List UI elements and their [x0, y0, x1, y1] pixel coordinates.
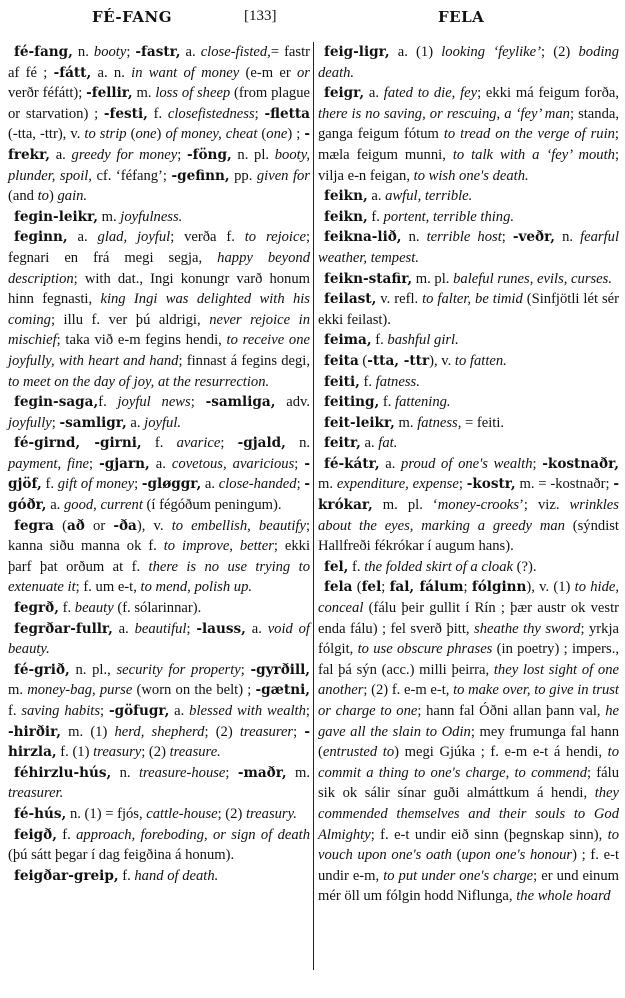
- entry-text: ;: [89, 456, 99, 472]
- dictionary-entry: fé-hús, n. (1) = fjós, cattle-house; (2)…: [8, 804, 310, 825]
- entry-text: ;: [134, 476, 142, 492]
- headword: fólginn: [472, 579, 527, 595]
- entry-text: ; ekki má feigum forða,: [477, 85, 619, 101]
- definition-text: to strip: [84, 126, 126, 142]
- entry-text: ), v.: [429, 353, 455, 369]
- entry-text: a. (1): [390, 44, 442, 60]
- headword: -föng,: [187, 147, 232, 163]
- definition-text: upon one's honour: [462, 847, 573, 863]
- headword: -maðr,: [238, 765, 287, 781]
- definition-text: to embellish, beautify: [172, 518, 306, 534]
- entry-text: f.: [368, 209, 384, 225]
- headword: feikna-lið,: [324, 229, 402, 245]
- entry-text: a.: [361, 435, 378, 451]
- definition-text: booty: [94, 44, 126, 60]
- entry-text: f.: [142, 435, 177, 451]
- entry-text: ; taka við e-m fegins hendi,: [57, 332, 227, 348]
- definition-text: to fatten.: [455, 353, 507, 369]
- entry-text: m.: [133, 85, 156, 101]
- definition-text: money-bag, purse: [27, 682, 132, 698]
- definition-text: money-crooks: [438, 497, 519, 513]
- definition-text: to use obscure phrases: [358, 641, 493, 657]
- entry-text: a.: [181, 44, 201, 60]
- headword: feiting,: [324, 394, 379, 410]
- headword: feikn,: [324, 188, 368, 204]
- entry-text: (: [352, 579, 361, 595]
- entry-text: ; f. e-t undir eið sinn (þegnskap sinn),: [371, 827, 608, 843]
- headword: -hirðir,: [8, 724, 61, 740]
- entry-text: = feiti.: [461, 415, 504, 431]
- column-divider: [313, 42, 314, 970]
- dictionary-entry: feitr, a. fat.: [318, 433, 619, 454]
- entry-text: ;: [241, 662, 251, 678]
- headword: -gyrðill,: [251, 662, 311, 678]
- definition-text: bashful girl.: [387, 332, 458, 348]
- entry-text: or: [85, 518, 113, 534]
- entry-text: (: [54, 518, 67, 534]
- entry-text: n. pl.: [232, 147, 275, 163]
- headword: feiti,: [324, 374, 360, 390]
- entry-text: ;: [459, 476, 467, 492]
- entry-text: a.: [50, 147, 72, 163]
- entry-text: ;: [306, 703, 310, 719]
- dictionary-entry: feima, f. bashful girl.: [318, 330, 619, 351]
- definition-text: blessed with wealth: [189, 703, 306, 719]
- definition-text: to wish one's death.: [414, 168, 529, 184]
- headword: -fastr,: [135, 44, 180, 60]
- headword: fegin-leikr,: [14, 209, 98, 225]
- entry-text: ; verða f.: [170, 229, 245, 245]
- entry-text: (-tta, -ttr), v.: [8, 126, 84, 142]
- entry-text: (?).: [513, 559, 537, 575]
- definition-text: approach, foreboding, or sign of death: [76, 827, 310, 843]
- definition-text: to talk with a ‘fey’ mouth: [453, 147, 615, 163]
- dictionary-entry: feilast, v. refl. to falter, be timid (S…: [318, 289, 619, 330]
- dictionary-entry: fegin-leikr, m. joyfulness.: [8, 207, 310, 228]
- definition-text: of money, cheat: [165, 126, 257, 142]
- definition-text: fattening.: [395, 394, 451, 410]
- definition-text: gain.: [57, 188, 87, 204]
- headword: fel,: [324, 559, 348, 575]
- headword: -veðr,: [513, 229, 555, 245]
- entry-text: a. n.: [91, 65, 131, 81]
- dictionary-entry: fegrðar-fullr, a. beautiful; -lauss, a. …: [8, 619, 310, 660]
- dictionary-entry: fé-girnd, -girni, f. avarice; -gjald, n.…: [8, 433, 310, 515]
- definition-text: or: [297, 65, 310, 81]
- entry-text: a.: [368, 188, 385, 204]
- entry-text: m. (1): [61, 724, 115, 740]
- entry-text: f.: [59, 600, 75, 616]
- dictionary-entry: fegin-saga,f. joyful news; -samliga, adv…: [8, 392, 310, 433]
- definition-text: beautiful: [135, 621, 187, 637]
- entry-text: ), v.: [137, 518, 172, 534]
- entry-text: ; illu f. ver þú aldrigi,: [51, 312, 209, 328]
- entry-text: ;: [502, 229, 513, 245]
- entry-text: ’; viz.: [519, 497, 569, 513]
- dictionary-entry: feigðar-greip, f. hand of death.: [8, 866, 310, 887]
- headword: fegrðar-fullr,: [14, 621, 113, 637]
- entry-text: f.: [98, 394, 117, 410]
- dictionary-entry: feiti, f. fatness.: [318, 372, 619, 393]
- dictionary-entry: feikn-stafir, m. pl. baleful runes, evil…: [318, 269, 619, 290]
- entry-text: a.: [47, 497, 64, 513]
- entry-text: ;: [381, 579, 389, 595]
- definition-text: terrible host: [427, 229, 502, 245]
- headword: -gjald,: [238, 435, 286, 451]
- headword: -samliga,: [206, 394, 276, 410]
- definition-text: the folded skirt of a cloak: [364, 559, 513, 575]
- entry-text: ; (2): [218, 806, 246, 822]
- page-number: [133]: [244, 8, 277, 25]
- entry-text: (e-m er: [239, 65, 297, 81]
- definition-text: joyfully: [8, 415, 52, 431]
- definition-text: beauty: [75, 600, 114, 616]
- definition-text: there is no saving, or rescuing, a ‘fey’…: [318, 106, 570, 122]
- dictionary-entry: feikna-lið, n. terrible host; -veðr, n. …: [318, 227, 619, 268]
- entry-text: a.: [169, 703, 189, 719]
- headword: feit-leikr,: [324, 415, 395, 431]
- entry-text: f. (1): [57, 744, 93, 760]
- right-column: feig-ligr, a. (1) looking ‘feylike’; (2)…: [318, 42, 619, 907]
- entry-text: a.: [127, 415, 144, 431]
- headword: fé-kátr,: [324, 456, 380, 472]
- definition-text: gift of money: [58, 476, 134, 492]
- entry-text: a.: [113, 621, 135, 637]
- entry-text: (: [257, 126, 266, 142]
- entry-text: a.: [246, 621, 268, 637]
- entry-text: ;: [220, 435, 237, 451]
- entry-text: f.: [42, 476, 58, 492]
- right-guide-word: FELA: [438, 8, 484, 26]
- entry-text: n.: [111, 765, 139, 781]
- headword: fegrð,: [14, 600, 59, 616]
- definition-text: in want of money: [131, 65, 239, 81]
- definition-text: hand of death.: [134, 868, 218, 884]
- entry-text: ;: [464, 579, 472, 595]
- definition-text: looking ‘feylike’: [441, 44, 541, 60]
- entry-text: ;: [177, 147, 187, 163]
- definition-text: given for: [257, 168, 310, 184]
- definition-text: to improve, better: [164, 538, 274, 554]
- dictionary-entry: fela (fel; fal, fálum; fólginn), v. (1) …: [318, 577, 619, 907]
- dictionary-entry: feikn, a. awful, terrible.: [318, 186, 619, 207]
- definition-text: cattle-house: [146, 806, 217, 822]
- definition-text: treasure-house: [139, 765, 225, 781]
- entry-text: f.: [348, 559, 364, 575]
- definition-text: covetous, avaricious: [172, 456, 294, 472]
- definition-text: to meet on the day of joy, at the resurr…: [8, 374, 269, 390]
- definition-text: security for property: [116, 662, 240, 678]
- entry-text: ; f. um e-t,: [76, 579, 141, 595]
- definition-text: fatness,: [417, 415, 461, 431]
- definition-text: payment, fine: [8, 456, 89, 472]
- definition-text: glad, joyful: [98, 229, 171, 245]
- definition-text: fatness.: [376, 374, 420, 390]
- dictionary-entry: fegra (að or -ða), v. to embellish, beau…: [8, 516, 310, 598]
- headword: -gjarn,: [99, 456, 150, 472]
- definition-text: close-fisted,: [201, 44, 271, 60]
- headword: feig-ligr,: [324, 44, 390, 60]
- headword: feilast,: [324, 291, 376, 307]
- left-guide-word: FÉ-FANG: [92, 8, 172, 26]
- dictionary-entry: feiting, f. fattening.: [318, 392, 619, 413]
- entry-text: v. refl.: [376, 291, 422, 307]
- definition-text: greedy for money: [72, 147, 178, 163]
- entry-text: n. (1) = fjós,: [66, 806, 146, 822]
- definition-text: treasury: [93, 744, 141, 760]
- entry-text: (f. sólarinnar).: [114, 600, 202, 616]
- headword: -kostnaðr,: [542, 456, 619, 472]
- entry-text: ; finnast á fegins degi,: [178, 353, 310, 369]
- definition-text: expenditure, expense: [337, 476, 459, 492]
- definition-text: proud of one's wealth: [401, 456, 532, 472]
- definition-text: to falter, be timid: [422, 291, 523, 307]
- entry-text: a.: [364, 85, 384, 101]
- headword: feginn,: [14, 229, 68, 245]
- entry-text: a.: [68, 229, 98, 245]
- definition-text: one: [266, 126, 287, 142]
- definition-text: treasurer: [240, 724, 293, 740]
- entry-text: f.: [57, 827, 76, 843]
- entry-text: m.: [318, 476, 337, 492]
- definition-text: joyfulness.: [120, 209, 182, 225]
- definition-text: fat.: [378, 435, 397, 451]
- definition-text: joyful news: [118, 394, 191, 410]
- definition-text: joyful.: [144, 415, 181, 431]
- definition-text: close-handed: [219, 476, 297, 492]
- definition-text: one: [135, 126, 156, 142]
- entry-text: f.: [379, 394, 395, 410]
- definition-text: to mend, polish up.: [141, 579, 252, 595]
- headword: að: [67, 518, 85, 534]
- entry-text: adv.: [275, 394, 310, 410]
- entry-text: m. pl.: [412, 271, 453, 287]
- entry-text: ; (2) f. e-m e-t,: [363, 682, 453, 698]
- headword: fé-fang,: [14, 44, 73, 60]
- headword: -lauss,: [196, 621, 246, 637]
- dictionary-entry: feigr, a. fated to die, fey; ekki má fei…: [318, 83, 619, 186]
- headword: -tta, -ttr: [367, 353, 429, 369]
- definition-text: sheathe thy sword: [474, 621, 580, 637]
- entry-text: m.: [8, 682, 27, 698]
- entry-text: ; hann fal Óðni allan þann val,: [417, 703, 605, 719]
- entry-text: f.: [119, 868, 135, 884]
- entry-text: ;: [533, 456, 543, 472]
- entry-text: a.: [150, 456, 172, 472]
- dictionary-entry: feig-ligr, a. (1) looking ‘feylike’; (2)…: [318, 42, 619, 83]
- entry-text: f.: [8, 703, 21, 719]
- headword: -fellir,: [86, 85, 133, 101]
- headword: fel: [362, 579, 382, 595]
- dictionary-entry: fé-grið, n. pl., security for property; …: [8, 660, 310, 763]
- entry-text: ; (2): [141, 744, 169, 760]
- definition-text: treasurer.: [8, 785, 63, 801]
- entry-text: f.: [148, 106, 168, 122]
- dictionary-entry: fé-kátr, a. proud of one's wealth; -kost…: [318, 454, 619, 557]
- definition-text: good, current: [64, 497, 143, 513]
- definition-text: awful, terrible.: [385, 188, 472, 204]
- entry-text: pp.: [230, 168, 257, 184]
- dictionary-entry: fel, f. the folded skirt of a cloak (?).: [318, 557, 619, 578]
- headword: feita: [324, 353, 359, 369]
- headword: feigr,: [324, 85, 364, 101]
- running-header: FÉ-FANG [133] FELA: [0, 8, 625, 32]
- entry-text: (and: [8, 188, 38, 204]
- headword: fé-grið,: [14, 662, 70, 678]
- entry-text: a.: [201, 476, 219, 492]
- headword: feigðar-greip,: [14, 868, 119, 884]
- headword: feitr,: [324, 435, 361, 451]
- entry-text: n. pl.,: [70, 662, 117, 678]
- entry-text: n.: [555, 229, 580, 245]
- entry-text: n.: [402, 229, 427, 245]
- entry-text: ;: [186, 621, 196, 637]
- headword: féhirzlu-hús,: [14, 765, 111, 781]
- entry-text: ;: [225, 765, 237, 781]
- headword: feima,: [324, 332, 372, 348]
- entry-text: f.: [372, 332, 388, 348]
- dictionary-entry: feginn, a. glad, joyful; verða f. to rej…: [8, 227, 310, 392]
- headword: -göfugr,: [109, 703, 169, 719]
- entry-text: ), v. (1): [526, 579, 574, 595]
- headword: feikn,: [324, 209, 368, 225]
- headword: feigð,: [14, 827, 57, 843]
- definition-text: the whole hoard: [516, 888, 610, 904]
- definition-text: herd, shepherd: [115, 724, 205, 740]
- entry-text: m. = -kostnaðr;: [516, 476, 614, 492]
- entry-text: ;: [255, 106, 265, 122]
- entry-text: cf. ‘féfang’;: [92, 168, 172, 184]
- entry-text: f.: [360, 374, 376, 390]
- headword: -kostr,: [467, 476, 516, 492]
- entry-text: ;: [293, 724, 304, 740]
- entry-text: (þú sátt þegar í dag feigðina á honum).: [8, 847, 234, 863]
- entry-text: (: [452, 847, 462, 863]
- dictionary-entry: fegrð, f. beauty (f. sólarinnar).: [8, 598, 310, 619]
- headword: -ða: [113, 518, 137, 534]
- definition-text: saving habits: [21, 703, 100, 719]
- entry-text: ; (2): [541, 44, 578, 60]
- definition-text: treasury.: [246, 806, 297, 822]
- headword: -festi,: [104, 106, 148, 122]
- entry-text: (: [359, 353, 368, 369]
- entry-text: verðr féfátt);: [8, 85, 86, 101]
- headword: fal, fálum: [390, 579, 464, 595]
- headword: fé-girnd, -girni,: [14, 435, 142, 451]
- definition-text: to put under one's charge: [383, 868, 533, 884]
- definition-text: treasure.: [170, 744, 221, 760]
- headword: fegra: [14, 518, 54, 534]
- entry-text: m.: [98, 209, 120, 225]
- entry-text: ;: [100, 703, 109, 719]
- headword: -fletta: [264, 106, 310, 122]
- entry-text: ;: [294, 456, 304, 472]
- headword: -gløggr,: [142, 476, 201, 492]
- definition-text: loss of sheep: [155, 85, 230, 101]
- definition-text: baleful runes, evils, curses.: [453, 271, 612, 287]
- headword: fé-hús,: [14, 806, 66, 822]
- headword: fela: [324, 579, 352, 595]
- headword: -gætni,: [256, 682, 310, 698]
- headword: feikn-stafir,: [324, 271, 412, 287]
- headword: -samligr,: [59, 415, 126, 431]
- dictionary-entry: feit-leikr, m. fatness, = feiti.: [318, 413, 619, 434]
- entry-text: (í fégóðum peningum).: [143, 497, 282, 513]
- entry-text: n.: [73, 44, 94, 60]
- dictionary-entry: feigð, f. approach, foreboding, or sign …: [8, 825, 310, 866]
- entry-text: n.: [286, 435, 310, 451]
- definition-text: fated to die, fey: [384, 85, 477, 101]
- entry-text: ; (2): [204, 724, 239, 740]
- entry-text: ) ;: [287, 126, 304, 142]
- definition-text: closefistedness: [168, 106, 255, 122]
- entry-text: ) megi Gjúka ; f. e-m e-t á hendi,: [394, 744, 607, 760]
- definition-text: portent, terrible thing.: [384, 209, 515, 225]
- headword: -gefinn,: [171, 168, 229, 184]
- entry-text: (worn on the belt) ;: [132, 682, 255, 698]
- dictionary-entry: feita (-tta, -ttr), v. to fatten.: [318, 351, 619, 372]
- entry-text: a.: [380, 456, 401, 472]
- definition-text: to rejoice: [245, 229, 306, 245]
- definition-text: avarice: [177, 435, 221, 451]
- definition-text: to: [38, 188, 49, 204]
- dictionary-entry: féhirzlu-hús, n. treasure-house; -maðr, …: [8, 763, 310, 804]
- left-column: fé-fang, n. booty; -fastr, a. close-fist…: [8, 42, 310, 886]
- dictionary-entry: feikn, f. portent, terrible thing.: [318, 207, 619, 228]
- dictionary-entry: fé-fang, n. booty; -fastr, a. close-fist…: [8, 42, 310, 207]
- entry-text: m. pl. ‘: [373, 497, 438, 513]
- headword: fegin-saga,: [14, 394, 98, 410]
- headword: -fátt,: [54, 65, 92, 81]
- definition-text: entrusted to: [323, 744, 394, 760]
- entry-text: ;: [191, 394, 206, 410]
- entry-text: m.: [395, 415, 417, 431]
- definition-text: to tread on the verge of ruin: [444, 126, 615, 142]
- entry-text: m.: [287, 765, 310, 781]
